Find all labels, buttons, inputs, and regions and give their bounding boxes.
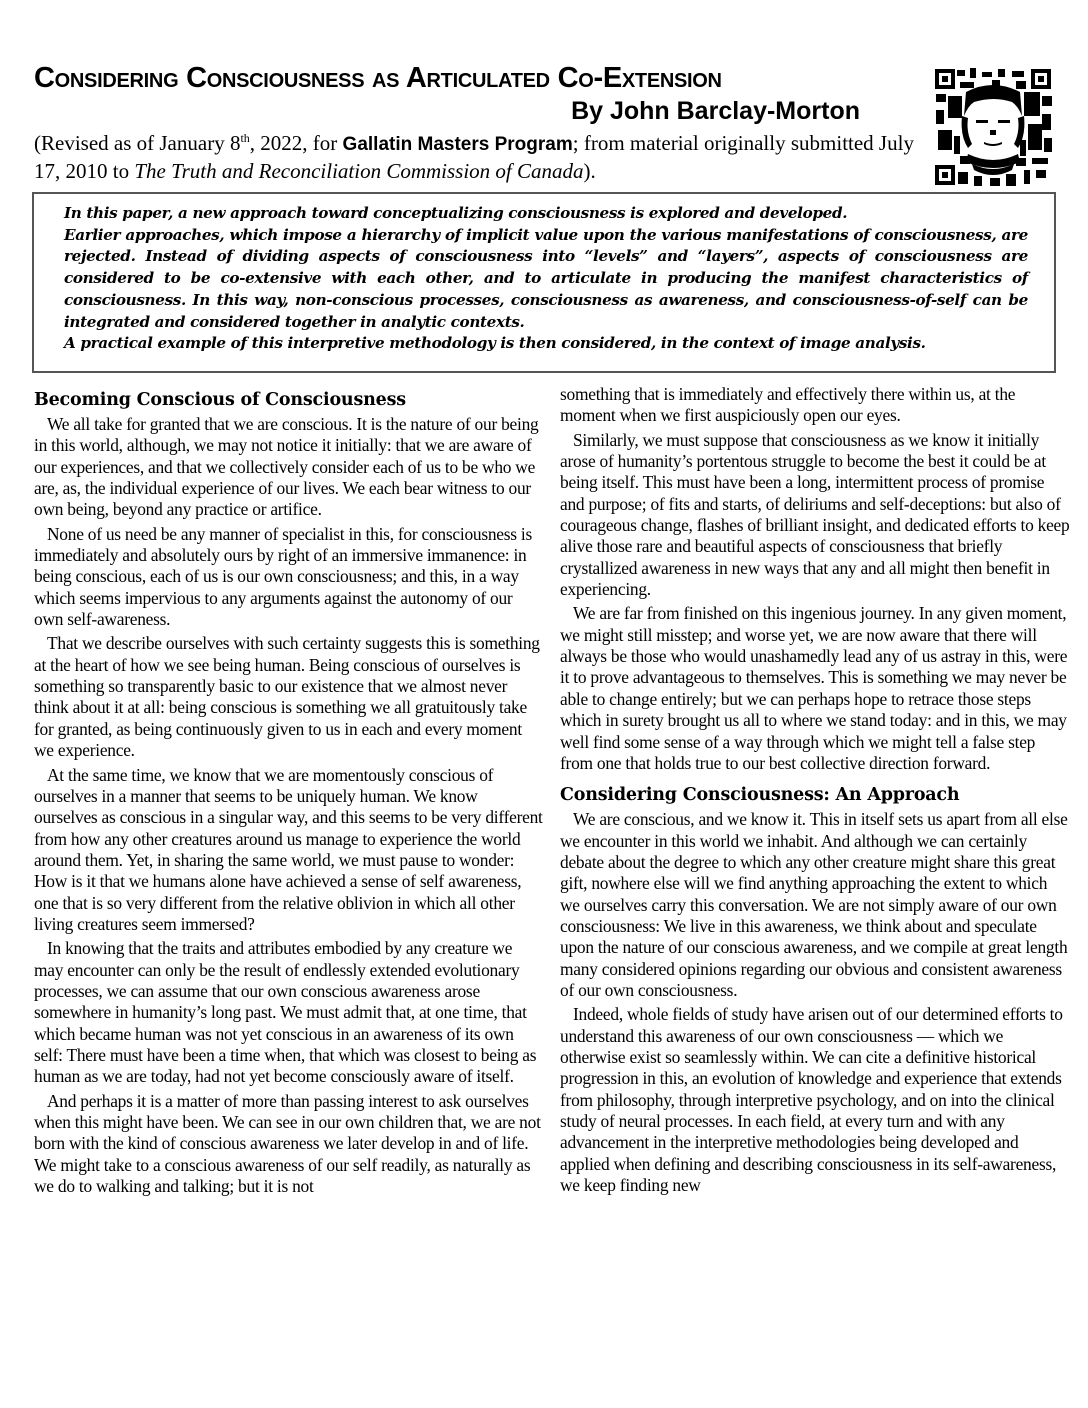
section-heading: Becoming Conscious of Consciousness [34, 388, 544, 412]
revision-superscript: th [240, 131, 249, 145]
revision-suffix: ). [584, 159, 596, 183]
body-paragraph: We are far from finished on this ingenio… [560, 603, 1070, 774]
right-column: something that is immediately and effect… [560, 384, 1070, 1199]
abstract-box: In this paper, a new approach toward con… [32, 192, 1056, 373]
body-paragraph: In knowing that the traits and attribute… [34, 938, 544, 1087]
program-name: Gallatin Masters Program [343, 134, 573, 155]
section-heading: Considering Consciousness: An Approach [560, 783, 1070, 807]
qr-code-portrait-icon [932, 66, 1054, 188]
abstract-paragraph: A practical example of this interpretive… [64, 333, 1028, 355]
body-paragraph-continued: something that is immediately and effect… [560, 384, 1070, 427]
body-paragraph: At the same time, we know that we are mo… [34, 765, 544, 936]
body-paragraph: Similarly, we must suppose that consciou… [560, 430, 1070, 601]
body-paragraph: None of us need be any manner of special… [34, 524, 544, 631]
abstract-paragraph: Earlier approaches, which impose a hiera… [64, 225, 1028, 334]
body-paragraph: We are conscious, and we know it. This i… [560, 809, 1070, 1001]
body-paragraph: That we describe ourselves with such cer… [34, 633, 544, 761]
abstract-paragraph: In this paper, a new approach toward con… [64, 203, 1028, 225]
revision-note: (Revised as of January 8th, 2022, for Ga… [34, 130, 924, 184]
revision-middle: , 2022, for [250, 131, 343, 155]
commission-name: The Truth and Reconciliation Commission … [134, 159, 583, 183]
body-paragraph: We all take for granted that we are cons… [34, 414, 544, 521]
revision-prefix: (Revised as of January 8 [34, 131, 240, 155]
body-paragraph: Indeed, whole fields of study have arise… [560, 1004, 1070, 1196]
paper-title: Considering Consciousness as Articulated… [34, 62, 722, 94]
author-byline: By John Barclay-Morton [571, 96, 860, 126]
left-column: Becoming Conscious of Consciousness We a… [34, 388, 544, 1200]
body-paragraph: And perhaps it is a matter of more than … [34, 1091, 544, 1198]
